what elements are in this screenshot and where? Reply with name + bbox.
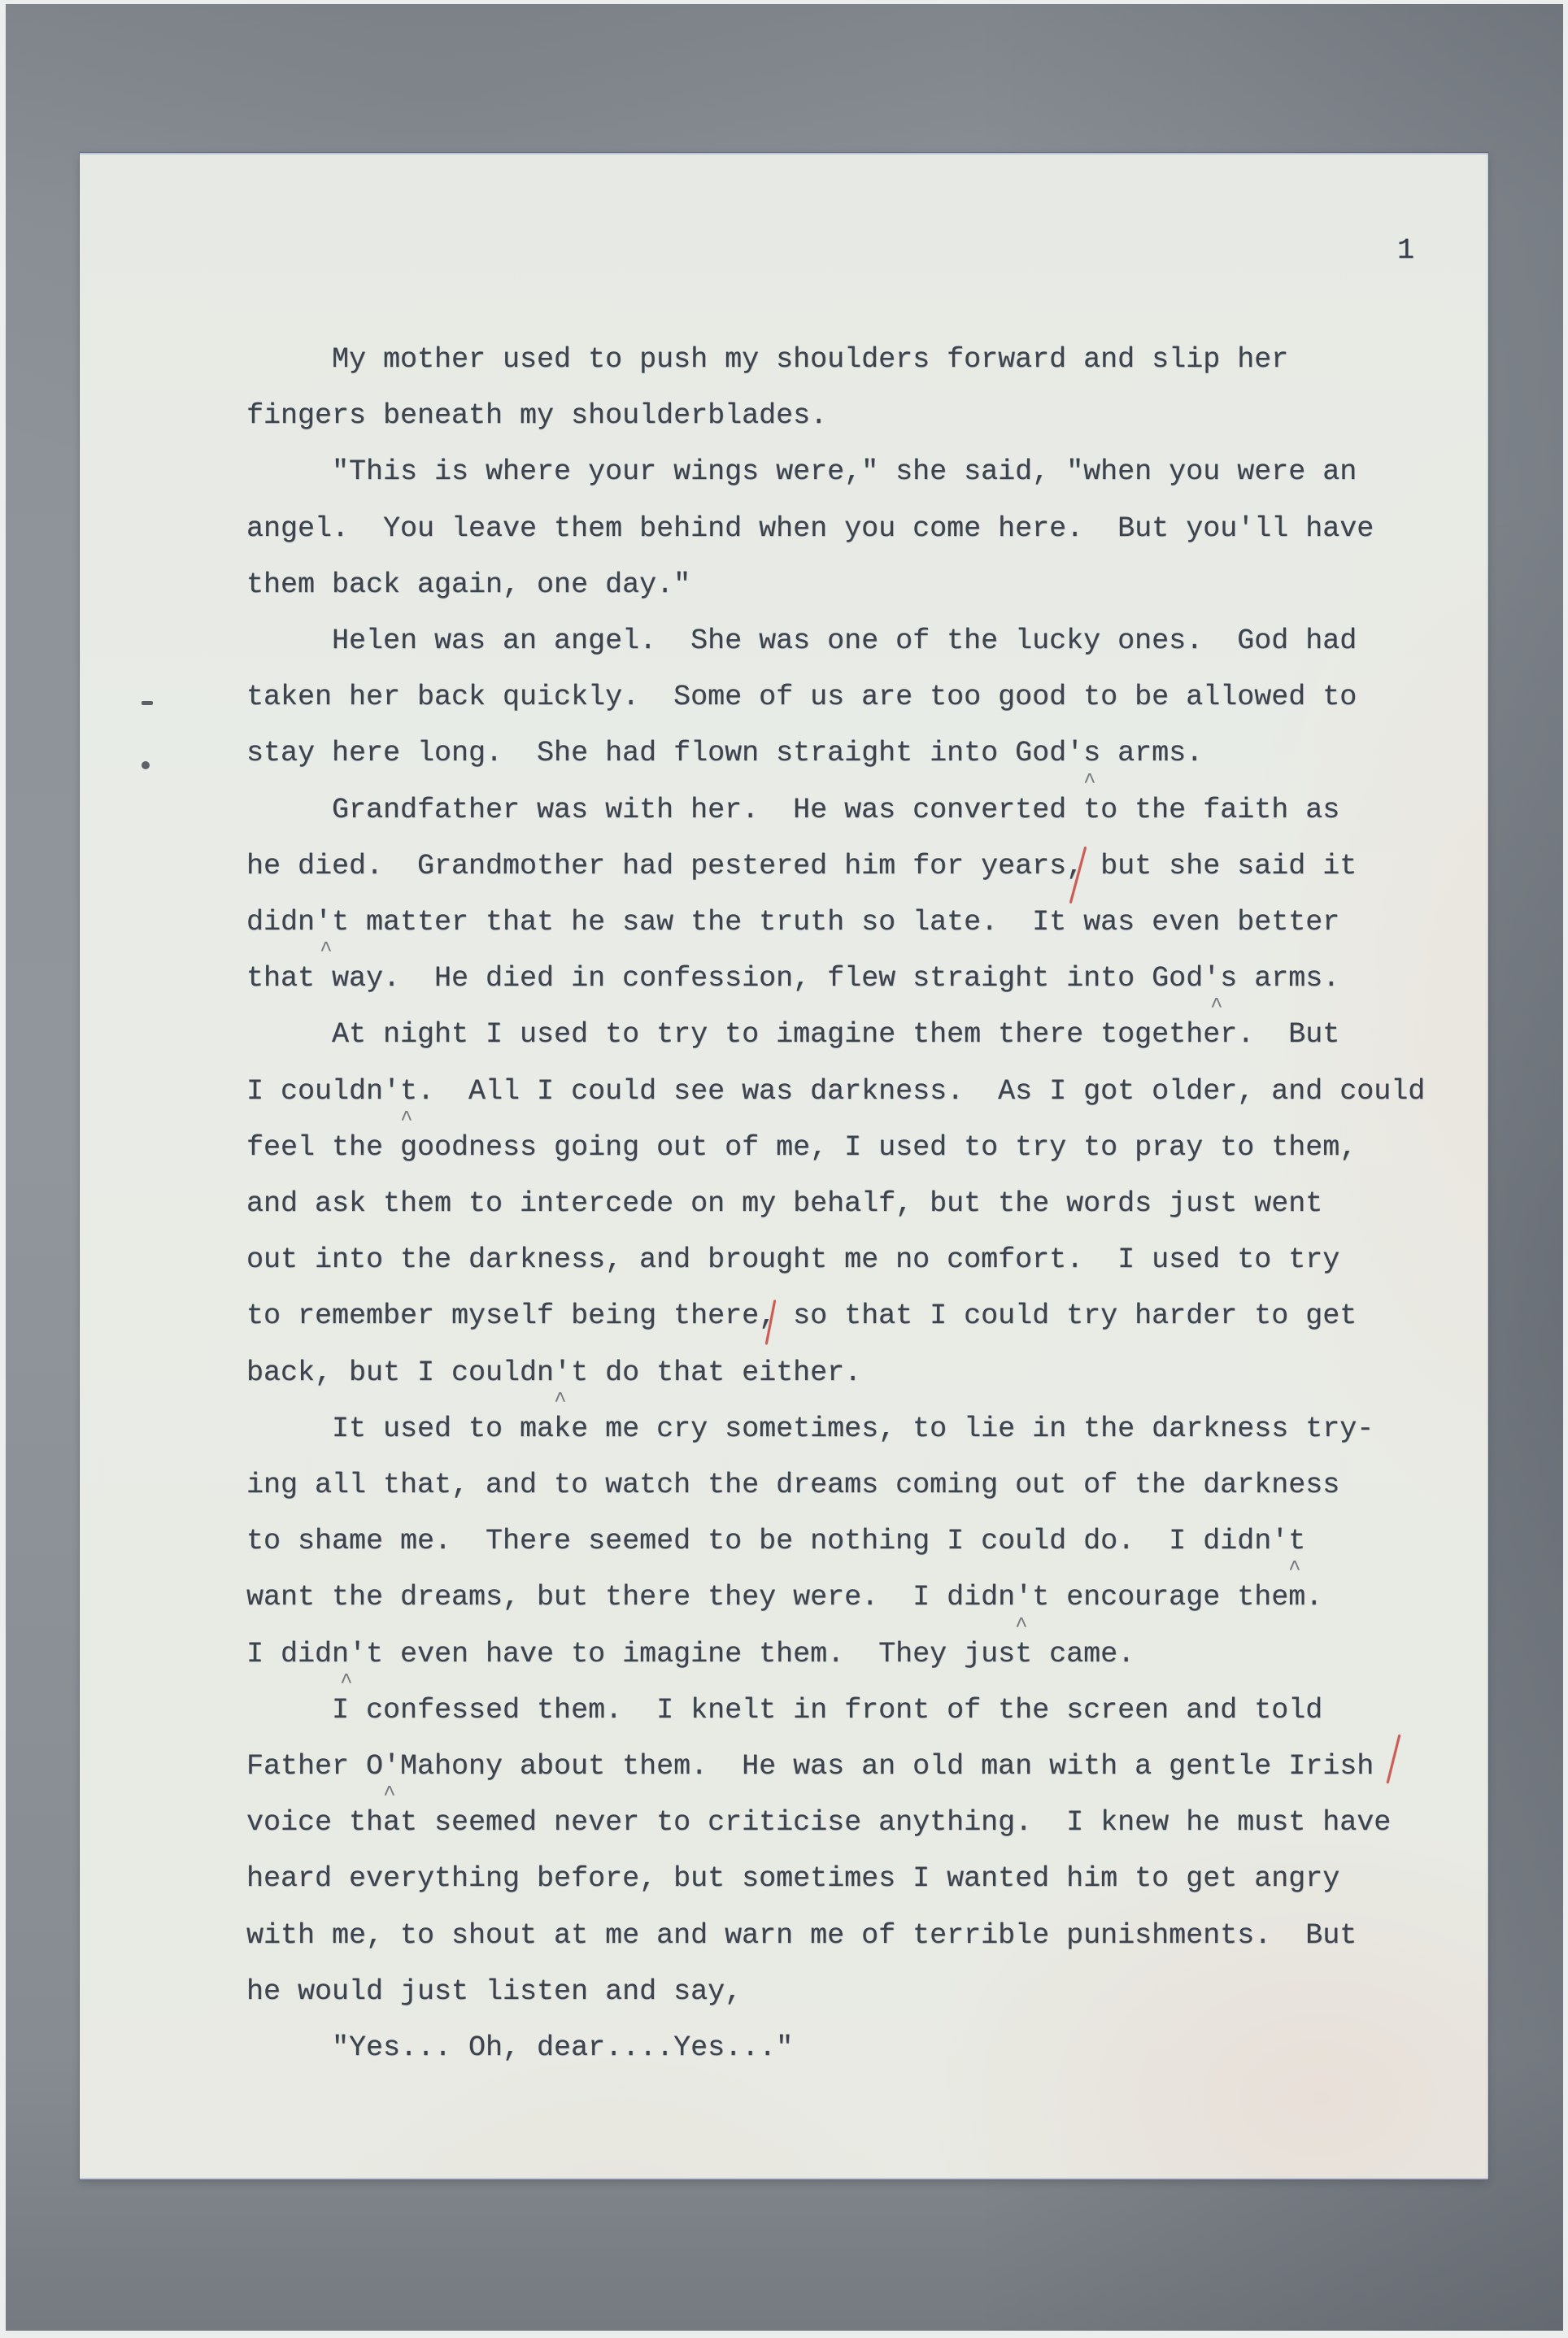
typescript-line: them back again, one day."	[246, 568, 690, 601]
typed-caret-mark: ^	[1210, 995, 1223, 1017]
typescript-line: Grandfather was with her. He was convert…	[246, 794, 1339, 826]
typescript-line: stay here long. She had flown straight i…	[246, 737, 1203, 769]
typescript-line: "Yes... Oh, dear....Yes..."	[246, 2031, 793, 2064]
typescript-line: that way. He died in confession, flew st…	[246, 962, 1339, 995]
typescript-line: fingers beneath my shoulderblades.	[246, 399, 827, 432]
typescript-line: I confessed them. I knelt in front of th…	[246, 1694, 1322, 1726]
typed-caret-mark: ^	[340, 1671, 353, 1692]
typescript-line: with me, to shout at me and warn me of t…	[246, 1919, 1357, 1952]
typescript-line: to remember myself being there, so that …	[246, 1300, 1357, 1332]
typescript-line: It used to make me cry sometimes, to lie…	[246, 1413, 1374, 1445]
typed-caret-mark: ^	[400, 1108, 413, 1130]
typed-caret-mark: ^	[1288, 1558, 1301, 1579]
typescript-line: didn't matter that he saw the truth so l…	[246, 906, 1339, 938]
typescript-line: out into the darkness, and brought me no…	[246, 1243, 1339, 1276]
manuscript-photo: 1 My mother used to push my shoulders fo…	[0, 0, 1568, 2338]
typescript-line: taken her back quickly. Some of us are t…	[246, 681, 1357, 713]
typed-caret-mark: ^	[1015, 1615, 1028, 1636]
typed-caret-mark: ^	[554, 1390, 567, 1411]
typescript-line: to shame me. There seemed to be nothing …	[246, 1525, 1305, 1557]
typescript-line: Father O'Mahony about them. He was an ol…	[246, 1750, 1374, 1783]
typescript-line: he would just listen and say,	[246, 1975, 742, 2008]
page-number: 1	[1397, 237, 1414, 265]
typed-caret-mark: ^	[1083, 771, 1096, 792]
typescript-line: I couldn't. All I could see was darkness…	[246, 1075, 1425, 1108]
typescript-line: and ask them to intercede on my behalf, …	[246, 1187, 1322, 1220]
typescript-line: Helen was an angel. She was one of the l…	[246, 625, 1357, 657]
typescript-line: ing all that, and to watch the dreams co…	[246, 1469, 1339, 1501]
margin-speck	[142, 761, 150, 769]
typed-caret-mark: ^	[383, 1783, 396, 1805]
typescript-line: voice that seemed never to criticise any…	[246, 1806, 1391, 1839]
typescript-line: he died. Grandmother had pestered him fo…	[246, 850, 1357, 882]
typescript-line: "This is where your wings were," she sai…	[246, 455, 1357, 488]
typescript-line: I didn't even have to imagine them. They…	[246, 1638, 1135, 1670]
typescript-line: want the dreams, but there they were. I …	[246, 1581, 1322, 1613]
red-proofreading-slash	[1387, 1735, 1401, 1784]
typescript-line: At night I used to try to imagine them t…	[246, 1018, 1339, 1051]
typescript-line: back, but I couldn't do that either.	[246, 1356, 861, 1389]
typescript-line: angel. You leave them behind when you co…	[246, 512, 1374, 545]
typescript-line: feel the goodness going out of me, I use…	[246, 1131, 1357, 1164]
typescript-line: My mother used to push my shoulders forw…	[246, 343, 1288, 376]
typescript-line: heard everything before, but sometimes I…	[246, 1862, 1339, 1895]
paper-sheet: 1 My mother used to push my shoulders fo…	[80, 153, 1488, 2179]
margin-speck	[142, 701, 153, 705]
typed-caret-mark: ^	[320, 939, 333, 960]
